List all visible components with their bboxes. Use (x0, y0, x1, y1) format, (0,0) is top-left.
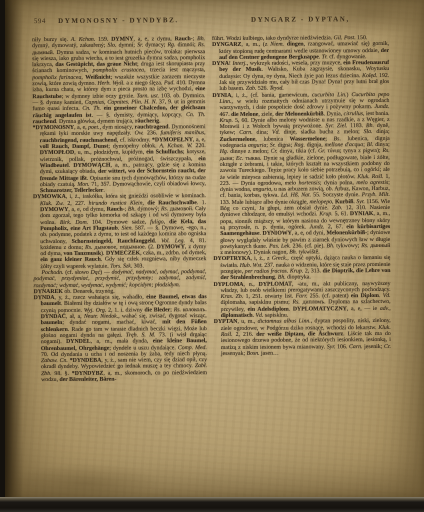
plain-text: ; (325, 136, 333, 142)
plain-text: dioptryka. (286, 275, 311, 281)
plain-text: дыня; (220, 156, 236, 162)
plain-text: 106. (335, 344, 349, 350)
bold-text: DYNGARZ (212, 42, 241, 48)
italic-text: Carn. (349, 344, 362, 350)
dictionary-entry: DYNIA, i, ż., (cf. bania, garnewicum, cu… (212, 92, 390, 257)
plain-text: dinnye z melon; (228, 149, 270, 155)
plain-text: dina; (253, 130, 272, 136)
book-bottom-edge (0, 497, 424, 512)
bold-text: die Bleder (144, 307, 170, 313)
plain-text: . Dynia, (324, 111, 344, 117)
bold-text: DYMOPŁOD (40, 150, 75, 156)
dictionary-entry: DYOPTRYKA, i, ż., z Greck., część optyki… (213, 255, 390, 281)
italic-text: fumiferis manibus (161, 131, 205, 137)
plain-text: , a, e, (193, 137, 206, 143)
bold-text: Weißnicht (85, 74, 110, 80)
plain-text: , a, e, od dyni, (292, 231, 327, 237)
plain-text: 526. (256, 86, 269, 92)
italic-text: Cn. Th. (82, 106, 101, 112)
dictionary-entry: DYPTAN, u, m., dictamnus albus Linn., dy… (214, 318, 391, 357)
italic-text: Birk. Dom. (60, 219, 88, 225)
plain-text: , u, m., (237, 319, 257, 325)
italic-text: Jundz. (374, 104, 389, 110)
plain-text: 303. (132, 263, 144, 269)
bold-text: die Melone (231, 111, 258, 117)
bold-text: DYNIOWY (262, 231, 291, 237)
italic-text: Ec. (236, 155, 244, 161)
dictionary-entry: DYMOWKA, i, ż., iaskółka, która się gnie… (33, 193, 206, 270)
plain-text: , (204, 131, 205, 137)
right-column: führt. Wodzi kulbiego, iako dyndyrze nie… (212, 35, 392, 468)
plain-text: dinja; (372, 129, 389, 135)
plain-text: , lubenica (255, 136, 289, 142)
italic-text: Kluk. Zw. (40, 201, 64, 207)
italic-text: Krup. (319, 212, 332, 218)
dictionary-entry: DYNA! Interj., wykrzyk radości, wesela, … (212, 60, 389, 93)
italic-text: Cn. Th. (186, 112, 205, 118)
plain-text: , a, m., (z (241, 42, 270, 48)
bold-text: DYPTAN (214, 319, 238, 325)
book-scan: 594 DYMONOSNY - DYNDYBZ. DYNGARZ - DYPTA… (0, 0, 424, 512)
plain-text: dymacy; (143, 43, 167, 49)
italic-text: Pas. Lek. (269, 243, 291, 249)
bold-text: der Bärenleiter, Bären- (59, 377, 116, 383)
italic-text: Comp. Med. (178, 345, 207, 351)
dictionary-entry: *DYMONOSNY, a, e, poet., dym niosący, ra… (33, 124, 206, 194)
dictionary-entry: DYNGARZ, a, m., (z Niem. dingen, rzangow… (212, 41, 389, 61)
plain-text: jesenik; (362, 344, 384, 350)
italic-text: Syr. (356, 199, 365, 205)
bold-text: DYNIAK (350, 211, 374, 217)
italic-text: citrullus (344, 111, 363, 117)
bold-text: DYPLOMATYCZNY (293, 306, 347, 312)
italic-text: Teysd. (269, 86, 283, 92)
book-page: 594 DYMONOSNY - DYNDYBZ. DYNGARZ - DYPTA… (5, 0, 424, 497)
italic-text: fuligo (150, 219, 164, 225)
left-column: niły burzy się. A. Kchan. 159. DYMNY, a,… (32, 36, 208, 471)
italic-text: Cr. (384, 343, 391, 349)
dictionary-entry: DYPLOMA, n., DYPLOMAT, -atu, m., akt pub… (214, 281, 391, 320)
italic-text: Sla. (364, 129, 373, 135)
bold-text: DYPLOMAT (259, 281, 292, 287)
plain-text: 236. (cf. pie). (291, 243, 327, 249)
dictionary-entry: Pochodn. (cf. słowo Dąć) — dodymać, nady… (33, 269, 206, 289)
bold-text: DYPLOMA (214, 281, 244, 287)
italic-text: Rs. (382, 148, 389, 154)
plain-text: . 1. (197, 200, 206, 206)
italic-text: Ld. Hß. Nat. (281, 193, 311, 199)
plain-text: , n., (243, 281, 258, 287)
plain-text: . (159, 118, 160, 124)
bold-text: DYNDEL (66, 339, 91, 345)
bold-text: Wassermelone (290, 136, 326, 142)
plain-text: , a, e, — ie (347, 306, 380, 312)
running-head-right: DYNGARZ - DYPTAN, (212, 15, 389, 24)
bold-text: DYNIA (212, 93, 231, 99)
plain-text: tykwowy; (334, 243, 361, 249)
bold-text: Melonenkürbiß- (326, 230, 367, 236)
bold-text: Kurbiß (335, 199, 353, 205)
italic-text: Cr. (271, 149, 278, 155)
italic-text: Greck. (272, 256, 287, 262)
plain-text: , (389, 306, 390, 312)
italic-text: cucurbita Lin. (312, 92, 347, 98)
italic-text: Mon. (77, 182, 89, 188)
bold-text: baumeln (41, 320, 63, 326)
bold-text: DYMOWKA (33, 194, 66, 200)
bold-text: ein Schulfuchs (146, 150, 183, 156)
running-head-left: DYMONOSNY - DYNDYBZ. (32, 16, 205, 25)
plain-text: dymní; (116, 43, 137, 49)
plain-text: , i, ż., z (251, 256, 272, 262)
plain-text: 71, 357. Dymowąchowie, czyli obiadowi ło… (89, 181, 205, 188)
plain-text: , ziele, (258, 111, 275, 117)
italic-text: Vol. Leg. (161, 238, 185, 244)
italic-text: Bosn. (247, 351, 260, 357)
plain-text: 467. (219, 111, 231, 117)
dictionary-entry: niły burzy się. A. Kchan. 159. DYMNY, a,… (32, 36, 206, 125)
plain-text: jessenyak; (221, 351, 247, 357)
italic-text: melopepo (309, 199, 332, 205)
italic-text: Wyj. Org. (84, 307, 106, 313)
italic-text: Tarn. ust. (137, 93, 160, 99)
plain-text: jasen… (260, 350, 279, 356)
italic-text: Gr. (318, 149, 325, 155)
italic-text: Carn. (239, 130, 252, 136)
plain-text: . — §. dymisty, dymiący, kopcący. (92, 112, 187, 119)
italic-text: Zab. (246, 86, 257, 92)
italic-text: Kolęd. (362, 73, 377, 79)
plain-text: , cf. iskrodmy. (117, 137, 152, 143)
italic-text: Kluk. Rośl. (357, 173, 383, 179)
italic-text: Bh. (327, 243, 335, 249)
dictionary-entry: DYNDA, y, ż., rzecz wahaiąca się, wahadł… (34, 294, 208, 383)
plain-text: dinya, tikia (cf. (278, 149, 319, 155)
plain-text: колоколъ. (181, 307, 207, 313)
plain-text: dimnói; (175, 42, 197, 48)
italic-text: Niem. (270, 42, 284, 48)
plain-text: 98. §. (52, 371, 72, 377)
plain-text: 2, 227. (64, 200, 89, 206)
italic-text: Ow. (135, 131, 144, 137)
bold-text: dingen (287, 42, 304, 48)
plain-text: , w wielu rozmaitych odmianach utrzymuie… (219, 98, 389, 111)
italic-text: Hg. (220, 149, 229, 155)
plain-text: 236. (144, 131, 161, 137)
plain-text: 5, 61. (333, 211, 350, 217)
italic-text: Tors. Szk. (110, 263, 132, 269)
italic-text: adv. (380, 306, 389, 312)
italic-text: Przyb. Milt. (362, 192, 390, 198)
bold-text: *DYNDYBZ (72, 370, 104, 376)
italic-text: Hub. Wst. (240, 262, 263, 268)
printed-area: 594 DYMONOSNY - DYNDYBZ. DYNGARZ - DYPTA… (5, 0, 424, 497)
italic-text: Rs. (198, 42, 205, 48)
bold-text: DYOPTRYKA (213, 256, 250, 262)
plain-text: , iest bania. (363, 110, 390, 116)
